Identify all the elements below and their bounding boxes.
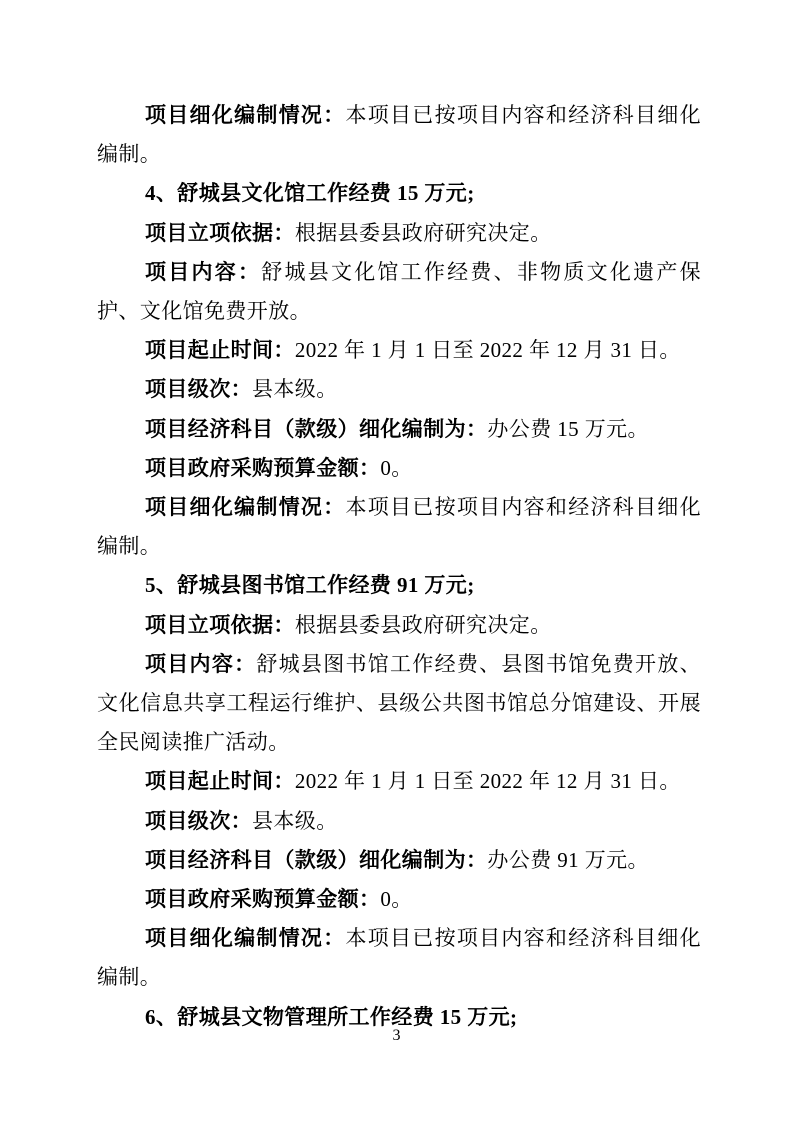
paragraph-text: 0。 (380, 887, 412, 911)
paragraph-detail: 项目立项依据：根据县委县政府研究决定。 (97, 606, 701, 645)
paragraph-detail: 项目内容：舒城县文化馆工作经费、非物质文化遗产保护、文化馆免费开放。 (97, 253, 701, 331)
paragraph-text: 根据县委县政府研究决定。 (295, 221, 552, 245)
document-body: 项目细化编制情况：本项目已按项目内容和经济科目细化编制。 4、舒城县文化馆工作经… (97, 96, 701, 1037)
section-heading-4: 4、舒城县文化馆工作经费 15 万元; (97, 174, 701, 213)
paragraph-detail: 项目政府采购预算金额：0。 (97, 880, 701, 919)
paragraph-detail: 项目经济科目（款级）细化编制为：办公费 91 万元。 (97, 841, 701, 880)
page-number: 3 (0, 1026, 793, 1046)
paragraph-label: 项目级次： (145, 809, 252, 833)
paragraph-label: 项目细化编制情况： (145, 495, 345, 519)
section-heading-text: 5、舒城县图书馆工作经费 91 万元; (145, 573, 475, 597)
paragraph-detail: 项目内容：舒城县图书馆工作经费、县图书馆免费开放、文化信息共享工程运行维护、县级… (97, 645, 701, 763)
paragraph-detail: 项目细化编制情况：本项目已按项目内容和经济科目细化编制。 (97, 488, 701, 566)
paragraph-detail: 项目细化编制情况：本项目已按项目内容和经济科目细化编制。 (97, 919, 701, 997)
paragraph-label: 项目细化编制情况： (145, 926, 345, 950)
paragraph-label: 项目立项依据： (145, 613, 295, 637)
paragraph-detail: 项目经济科目（款级）细化编制为：办公费 15 万元。 (97, 410, 701, 449)
paragraph-text: 2022 年 1 月 1 日至 2022 年 12 月 31 日。 (295, 769, 681, 793)
paragraph-label: 项目内容： (145, 652, 256, 676)
paragraph-label: 项目立项依据： (145, 221, 295, 245)
paragraph-detail: 项目级次：县本级。 (97, 370, 701, 409)
paragraph-text: 县本级。 (252, 809, 338, 833)
paragraph-label: 项目内容： (145, 260, 261, 284)
document-page: 项目细化编制情况：本项目已按项目内容和经济科目细化编制。 4、舒城县文化馆工作经… (0, 0, 793, 1122)
paragraph-label: 项目细化编制情况： (145, 103, 345, 127)
paragraph-text: 0。 (380, 456, 412, 480)
paragraph-detail: 项目起止时间：2022 年 1 月 1 日至 2022 年 12 月 31 日。 (97, 762, 701, 801)
paragraph-detail: 项目立项依据：根据县委县政府研究决定。 (97, 214, 701, 253)
paragraph-label: 项目政府采购预算金额： (145, 456, 380, 480)
paragraph-detail: 项目级次：县本级。 (97, 802, 701, 841)
paragraph-text: 2022 年 1 月 1 日至 2022 年 12 月 31 日。 (295, 338, 681, 362)
paragraph-label: 项目经济科目（款级）细化编制为： (145, 848, 487, 872)
paragraph-label: 项目起止时间： (145, 338, 295, 362)
paragraph-label: 项目起止时间： (145, 769, 295, 793)
paragraph-detail: 项目起止时间：2022 年 1 月 1 日至 2022 年 12 月 31 日。 (97, 331, 701, 370)
paragraph-label: 项目经济科目（款级）细化编制为： (145, 417, 487, 441)
paragraph-text: 县本级。 (252, 377, 338, 401)
section-heading-5: 5、舒城县图书馆工作经费 91 万元; (97, 566, 701, 605)
paragraph-label: 项目政府采购预算金额： (145, 887, 380, 911)
paragraph-text: 根据县委县政府研究决定。 (295, 613, 552, 637)
paragraph-text: 办公费 15 万元。 (487, 417, 649, 441)
paragraph-label: 项目级次： (145, 377, 252, 401)
paragraph-text: 办公费 91 万元。 (487, 848, 649, 872)
paragraph-detail: 项目政府采购预算金额：0。 (97, 449, 701, 488)
section-heading-text: 4、舒城县文化馆工作经费 15 万元; (145, 181, 475, 205)
paragraph-detail: 项目细化编制情况：本项目已按项目内容和经济科目细化编制。 (97, 96, 701, 174)
